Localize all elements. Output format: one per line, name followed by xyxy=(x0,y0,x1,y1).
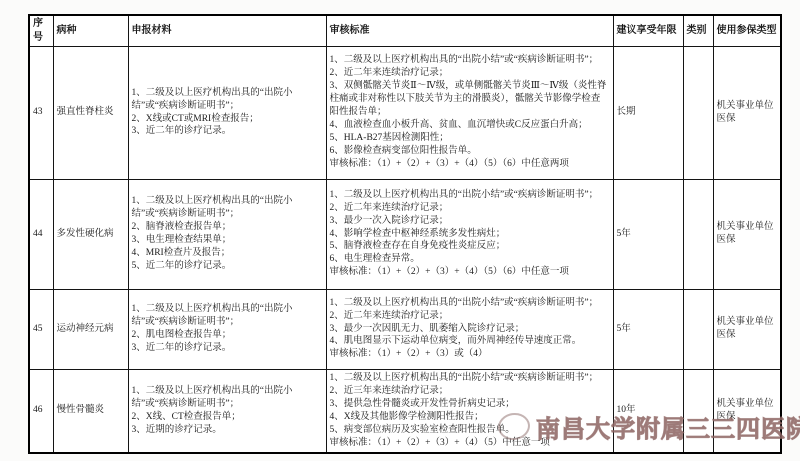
cell-insurance: 机关事业单位医保 xyxy=(713,179,781,289)
cell-category xyxy=(683,289,713,369)
table-row: 44 多发性硬化病 1、二级及以上医疗机构出具的“出院小结”或“疾病诊断证明书”… xyxy=(29,179,781,289)
cell-materials: 1、二级及以上医疗机构出具的“出院小结”或“疾病诊断证明书”； 2、肌电图检查报… xyxy=(128,289,326,369)
cell-no: 44 xyxy=(29,179,53,289)
cell-years: 10年 xyxy=(613,369,683,453)
cell-disease: 慢性骨髓炎 xyxy=(53,369,128,453)
cell-category xyxy=(683,369,713,453)
cell-no: 45 xyxy=(29,289,53,369)
cell-disease: 强直性脊柱炎 xyxy=(53,46,128,179)
table-row: 43 强直性脊柱炎 1、二级及以上医疗机构出具的“出院小结”或“疾病诊断证明书”… xyxy=(29,46,781,179)
cell-materials: 1、二级及以上医疗机构出具的“出院小结”或“疾病诊断证明书”； 2、X线、CT检… xyxy=(128,369,326,453)
cell-insurance: 机关事业单位医保 xyxy=(713,289,781,369)
header-insurance: 使用参保类型 xyxy=(713,15,781,46)
header-criteria: 审核标准 xyxy=(326,15,613,46)
cell-category xyxy=(683,179,713,289)
cell-no: 43 xyxy=(29,46,53,179)
cell-disease: 多发性硬化病 xyxy=(53,179,128,289)
cell-criteria: 1、二级及以上医疗机构出具的“出院小结”或“疾病诊断证明书”； 2、近二年来连续… xyxy=(326,179,613,289)
cell-materials: 1、二级及以上医疗机构出具的“出院小结”或“疾病诊断证明书”； 2、X线或CT或… xyxy=(128,46,326,179)
cell-disease: 运动神经元病 xyxy=(53,289,128,369)
cell-years: 5年 xyxy=(613,289,683,369)
cell-no: 46 xyxy=(29,369,53,453)
disease-review-table: 序号 病种 申报材料 审核标准 建议享受年限 类别 使用参保类型 43 强直性脊… xyxy=(28,14,782,454)
table-row: 46 慢性骨髓炎 1、二级及以上医疗机构出具的“出院小结”或“疾病诊断证明书”；… xyxy=(29,369,781,453)
table-header-row: 序号 病种 申报材料 审核标准 建议享受年限 类别 使用参保类型 xyxy=(29,15,781,46)
cell-category xyxy=(683,46,713,179)
cell-criteria: 1、二级及以上医疗机构出具的“出院小结”或“疾病诊断证明书”； 2、近二年来连续… xyxy=(326,46,613,179)
cell-materials: 1、二级及以上医疗机构出具的“出院小结”或“疾病诊断证明书”； 2、脑脊液检查报… xyxy=(128,179,326,289)
cell-criteria: 1、二级及以上医疗机构出具的“出院小结”或“疾病诊断证明书”； 2、近三年来连续… xyxy=(326,369,613,453)
table-row: 45 运动神经元病 1、二级及以上医疗机构出具的“出院小结”或“疾病诊断证明书”… xyxy=(29,289,781,369)
header-materials: 申报材料 xyxy=(128,15,326,46)
header-years: 建议享受年限 xyxy=(613,15,683,46)
header-disease: 病种 xyxy=(53,15,128,46)
header-category: 类别 xyxy=(683,15,713,46)
header-no: 序号 xyxy=(29,15,53,46)
cell-insurance: 机关事业单位医保 xyxy=(713,369,781,453)
cell-years: 5年 xyxy=(613,179,683,289)
cell-years: 长期 xyxy=(613,46,683,179)
cell-insurance: 机关事业单位医保 xyxy=(713,46,781,179)
cell-criteria: 1、二级及以上医疗机构出具的“出院小结”或“疾病诊断证明书”； 2、近二年来连续… xyxy=(326,289,613,369)
